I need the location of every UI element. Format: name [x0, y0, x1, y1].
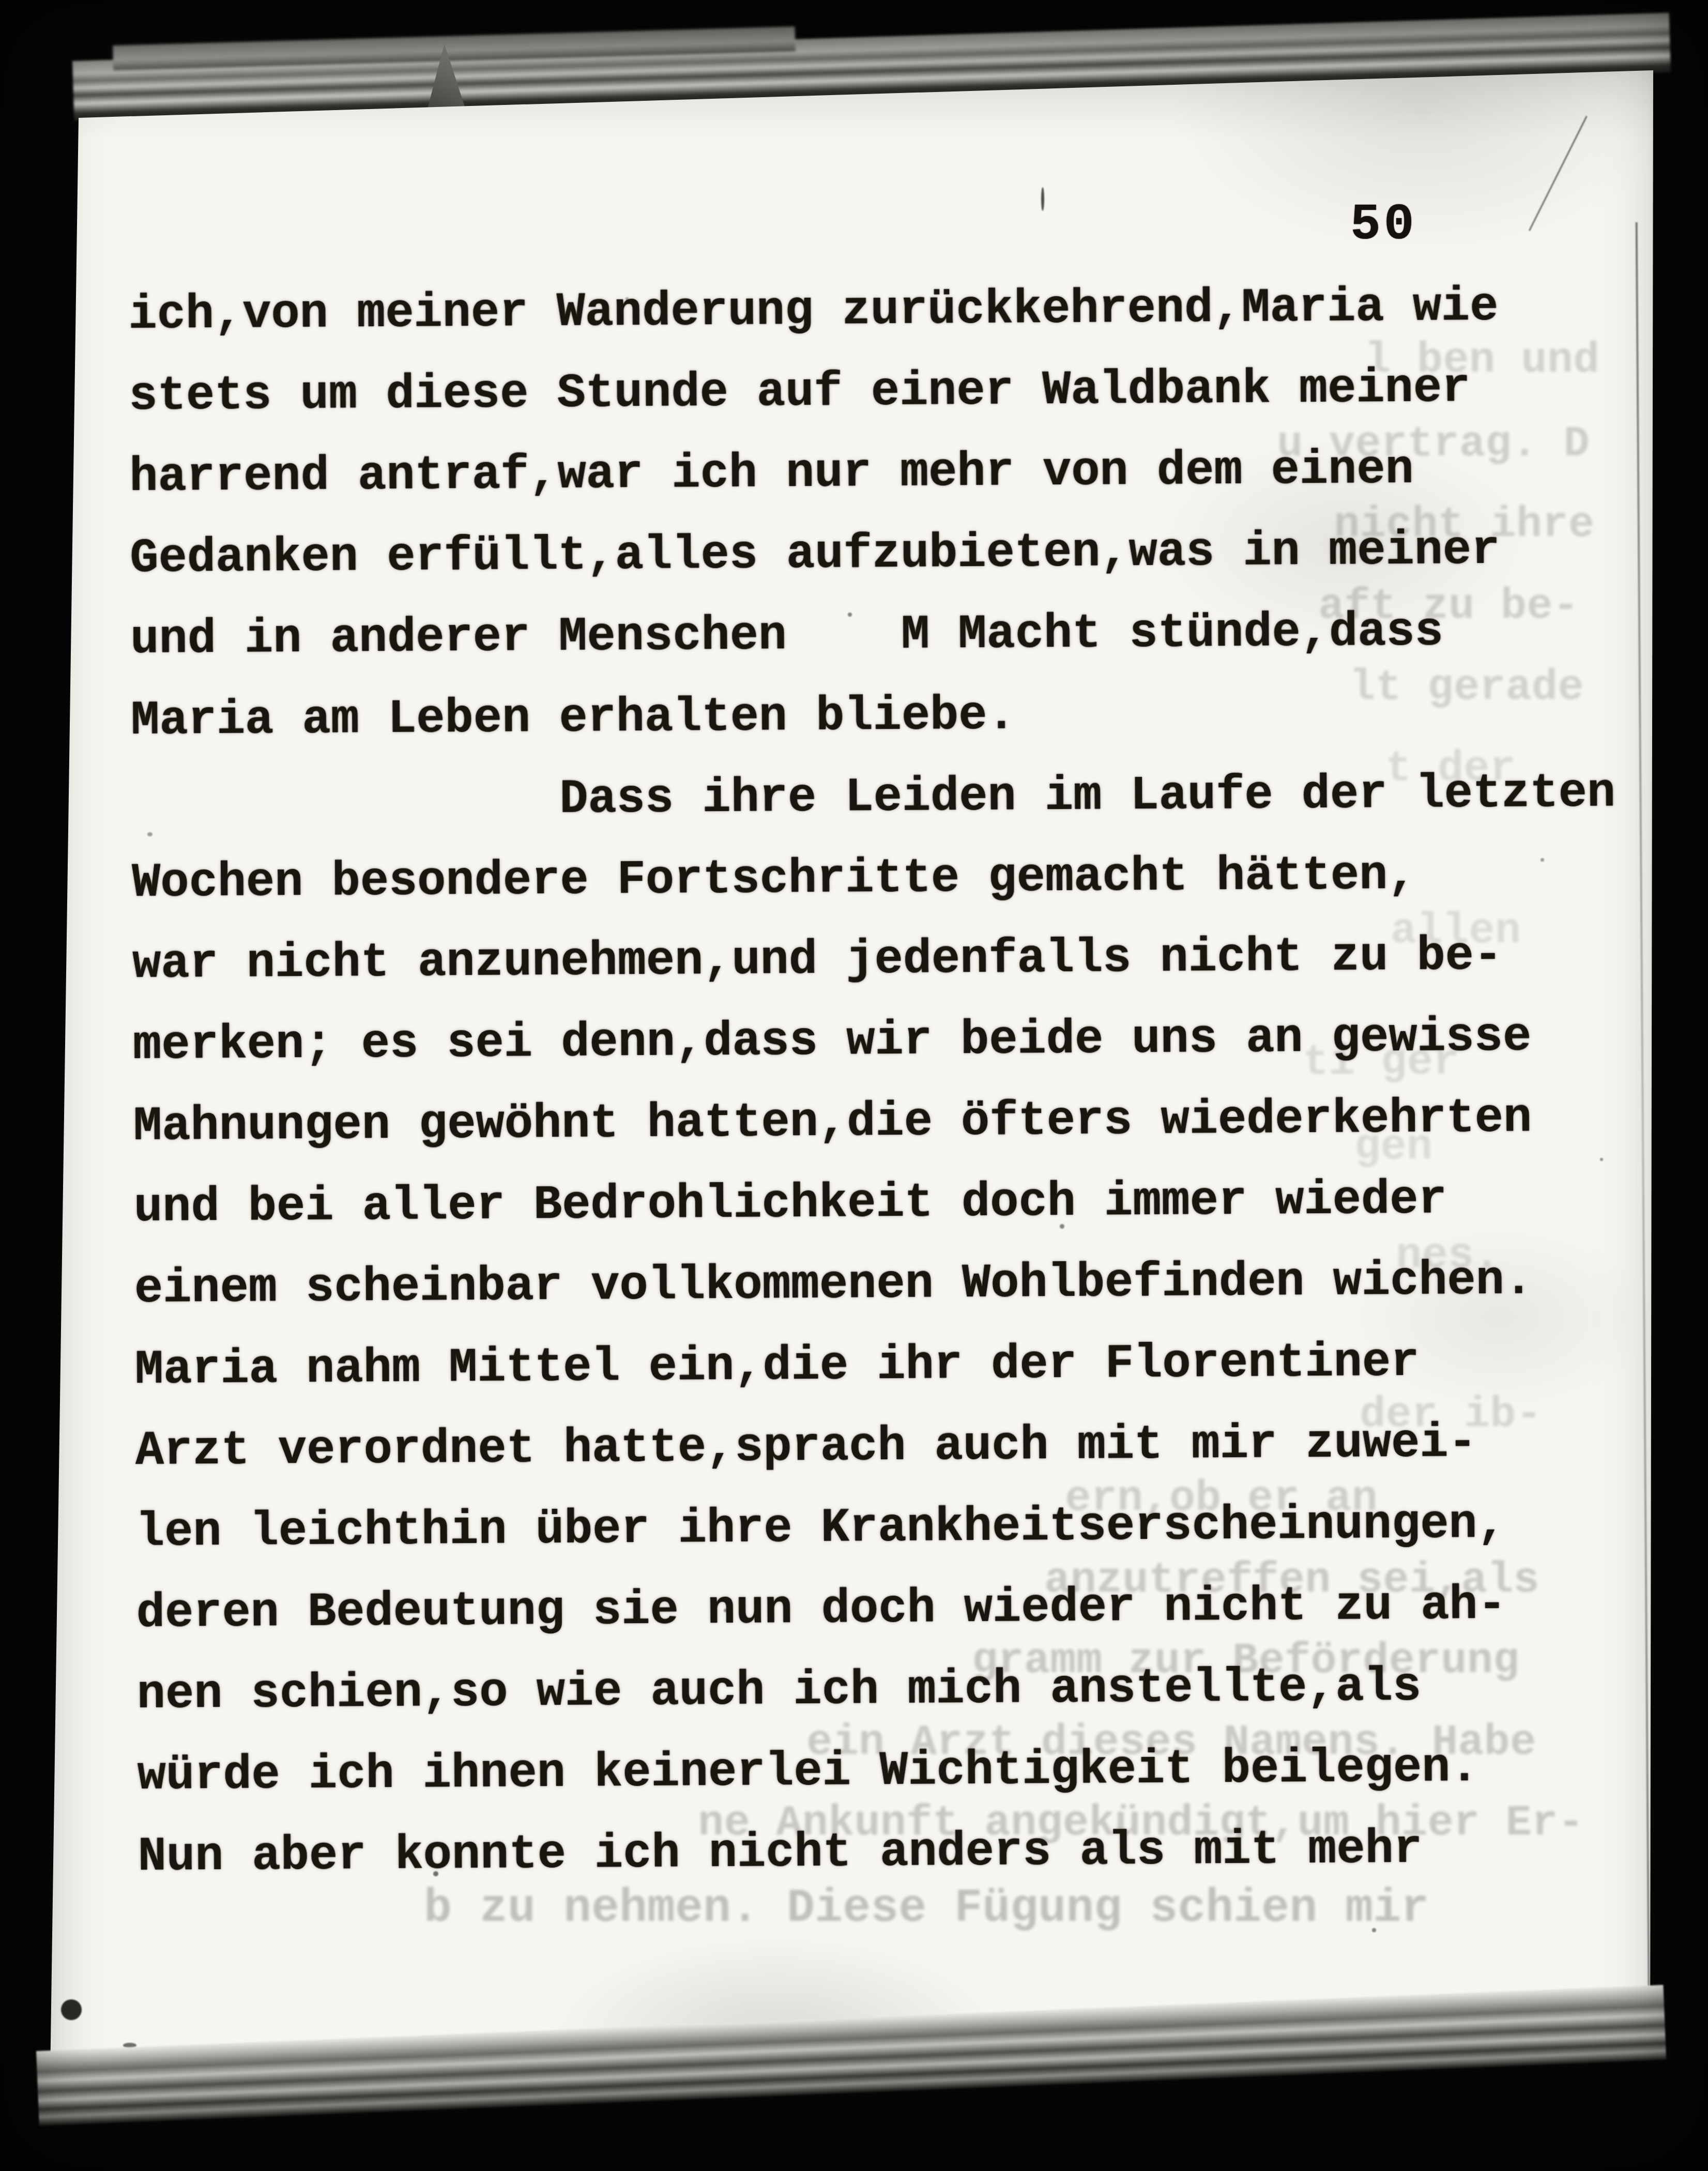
dust-speck-layer — [0, 0, 1708, 2171]
scanned-document: l ben undu vertrag. Dnicht ihreaft zu be… — [0, 0, 1708, 2171]
dust-speck — [848, 613, 852, 617]
dust-speck — [1600, 1158, 1603, 1161]
dust-speck — [1041, 187, 1044, 211]
dust-speck — [1541, 858, 1544, 862]
dust-speck — [61, 1999, 82, 2020]
dust-speck — [724, 1609, 727, 1612]
dust-speck — [1372, 1928, 1376, 1932]
dust-speck — [147, 832, 152, 836]
paper-sheet: l ben undu vertrag. Dnicht ihreaft zu be… — [0, 0, 1708, 2171]
dust-speck — [626, 297, 629, 300]
dust-speck — [433, 1871, 438, 1876]
dust-speck — [1060, 1224, 1064, 1229]
